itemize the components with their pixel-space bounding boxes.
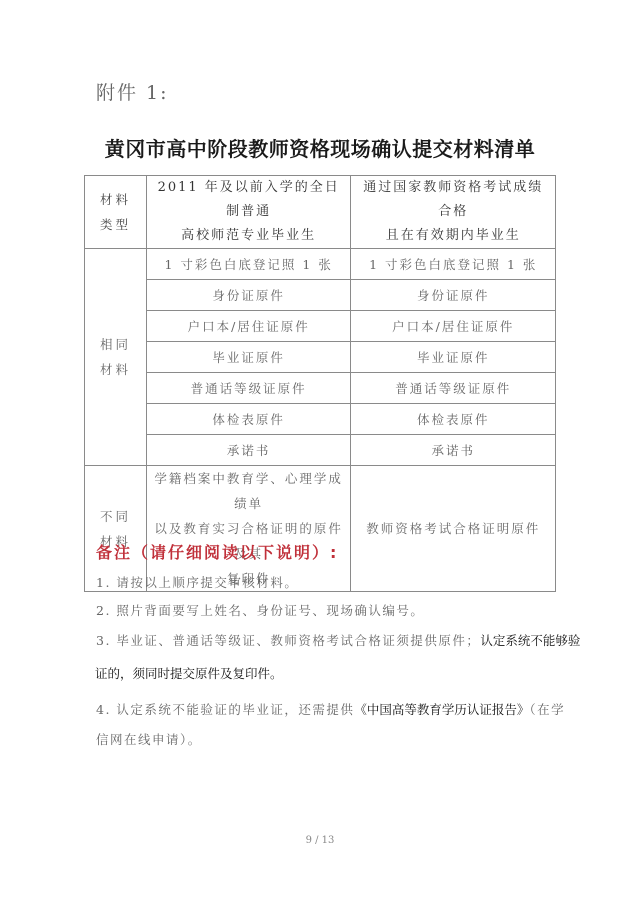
note-3: 3. 毕业证、普通话等级证、教师资格考试合格证须提供原件；认定系统不能够验 <box>96 631 580 649</box>
table-row: 户口本/居住证原件 户口本/居住证原件 <box>85 311 556 342</box>
cell: 1 寸彩色白底登记照 1 张 <box>146 249 351 280</box>
note-1: 1. 请按以上顺序提交审核材料。 <box>96 573 298 591</box>
cell: 承诺书 <box>146 435 351 466</box>
notes-title: 备注（请仔细阅读以下说明）: <box>96 540 566 563</box>
note-4: 4. 认定系统不能验证的毕业证，还需提供《中国高等教育学历认证报告》（在学 <box>96 700 565 718</box>
header-material-type: 材料 类型 <box>85 176 147 249</box>
cell: 教师资格考试合格证明原件 <box>351 466 556 592</box>
table-row: 体检表原件 体检表原件 <box>85 404 556 435</box>
table-row: 相同 材料 1 寸彩色白底登记照 1 张 1 寸彩色白底登记照 1 张 <box>85 249 556 280</box>
cell: 身份证原件 <box>146 280 351 311</box>
cell: 毕业证原件 <box>351 342 556 373</box>
header-col-exam-passed: 通过国家教师资格考试成绩合格 且在有效期内毕业生 <box>351 176 556 249</box>
note-3-cont: 证的，须同时提交原件及复印件。 <box>95 664 283 682</box>
table-row: 承诺书 承诺书 <box>85 435 556 466</box>
cell: 毕业证原件 <box>146 342 351 373</box>
cell: 体检表原件 <box>146 404 351 435</box>
note-4-cont: 信网在线申请）。 <box>96 730 202 748</box>
cell: 体检表原件 <box>351 404 556 435</box>
cell: 户口本/居住证原件 <box>146 311 351 342</box>
materials-table: 材料 类型 2011 年及以前入学的全日制普通 高校师范专业毕业生 通过国家教师… <box>84 175 556 592</box>
cell: 1 寸彩色白底登记照 1 张 <box>351 249 556 280</box>
table-row: 毕业证原件 毕业证原件 <box>85 342 556 373</box>
cell: 普通话等级证原件 <box>351 373 556 404</box>
cell: 身份证原件 <box>351 280 556 311</box>
document-title: 黄冈市高中阶段教师资格现场确认提交材料清单 <box>0 133 640 162</box>
attachment-label: 附件 1: <box>96 78 169 105</box>
same-materials-label: 相同 材料 <box>85 249 147 466</box>
table-row: 普通话等级证原件 普通话等级证原件 <box>85 373 556 404</box>
cell: 承诺书 <box>351 435 556 466</box>
table-header-row: 材料 类型 2011 年及以前入学的全日制普通 高校师范专业毕业生 通过国家教师… <box>85 176 556 249</box>
table-row: 身份证原件 身份证原件 <box>85 280 556 311</box>
notes-section: 备注（请仔细阅读以下说明）: 1. 请按以上顺序提交审核材料。 2. 照片背面要… <box>96 540 566 563</box>
cell: 普通话等级证原件 <box>146 373 351 404</box>
header-col-normal-grads: 2011 年及以前入学的全日制普通 高校师范专业毕业生 <box>146 176 351 249</box>
cell: 户口本/居住证原件 <box>351 311 556 342</box>
note-2: 2. 照片背面要写上姓名、身份证号、现场确认编号。 <box>96 601 424 619</box>
page-number: 9 / 13 <box>0 835 640 846</box>
